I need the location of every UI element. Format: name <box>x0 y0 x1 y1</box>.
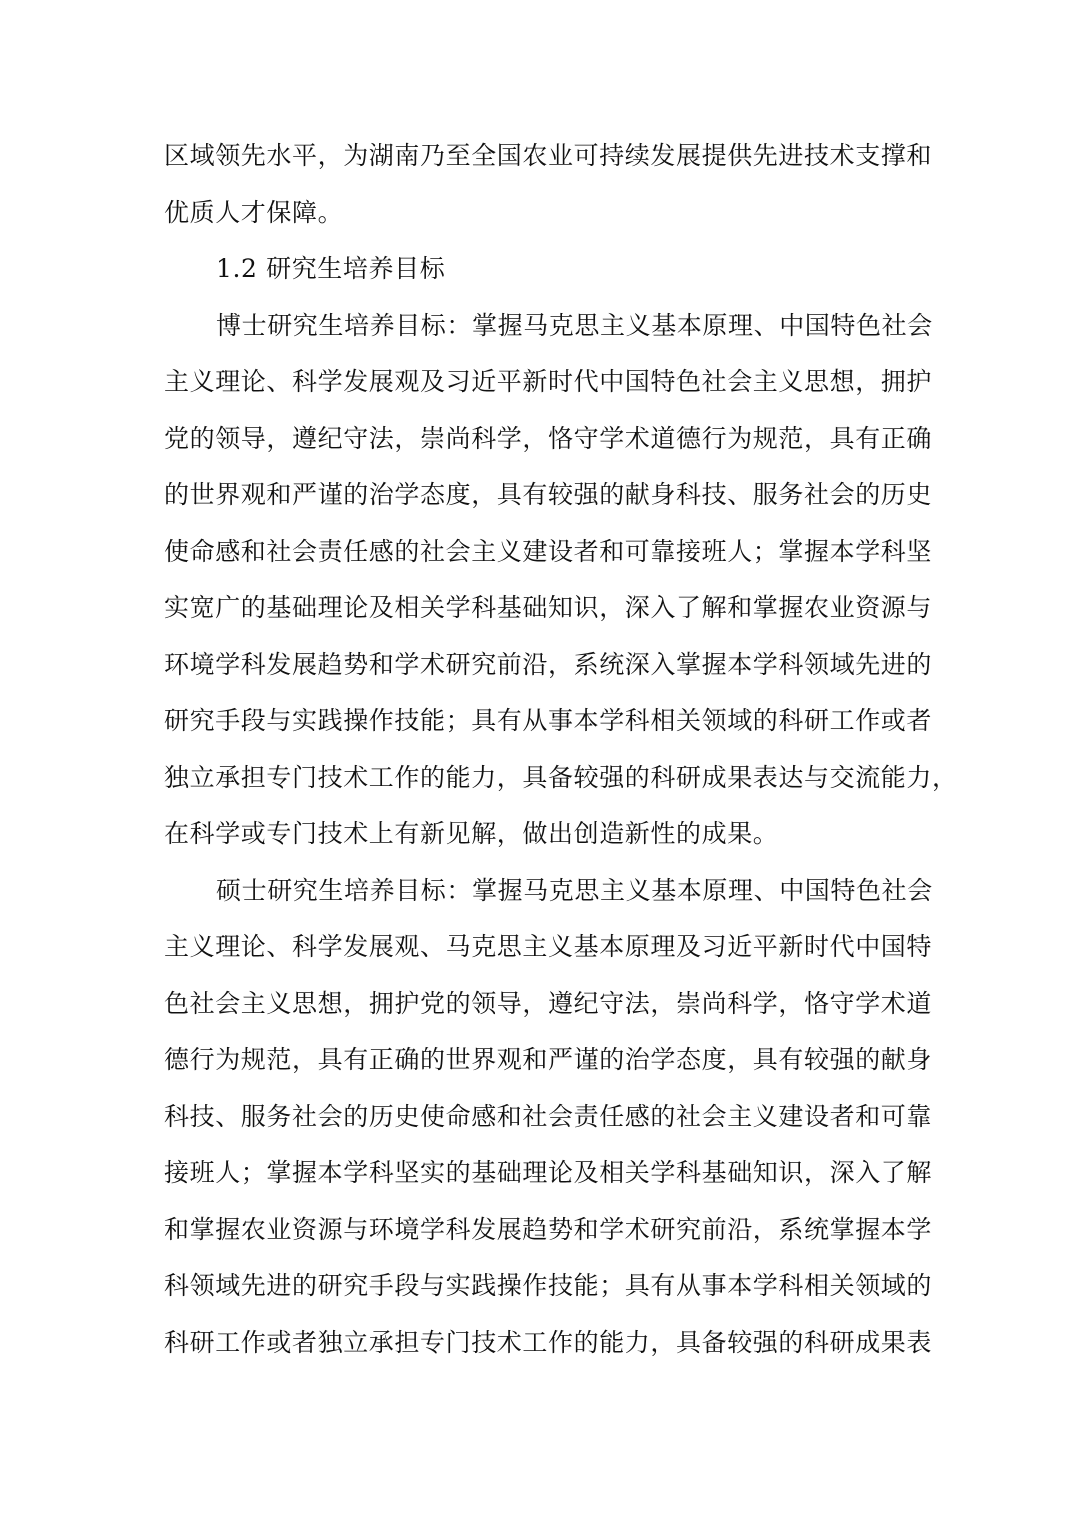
masters-training-goals-paragraph: 硕士研究生培养目标：掌握马克思主义基本原理、中国特色社会 主义理论、科学发展观、… <box>164 863 916 1372</box>
section-heading: 1.2 研究生培养目标 <box>164 241 916 298</box>
text-line: 独立承担专门技术工作的能力，具备较强的科研成果表达与交流能力， <box>164 750 916 807</box>
text-line: 区域领先水平，为湖南乃至全国农业可持续发展提供先进技术支撑和 <box>164 128 916 185</box>
text-line: 优质人才保障。 <box>164 185 916 242</box>
text-line: 和掌握农业资源与环境学科发展趋势和学术研究前沿，系统掌握本学 <box>164 1202 916 1259</box>
text-line: 实宽广的基础理论及相关学科基础知识，深入了解和掌握农业资源与 <box>164 580 916 637</box>
text-line: 硕士研究生培养目标：掌握马克思主义基本原理、中国特色社会 <box>164 863 916 920</box>
text-line: 接班人；掌握本学科坚实的基础理论及相关学科基础知识，深入了解 <box>164 1145 916 1202</box>
text-line: 研究手段与实践操作技能；具有从事本学科相关领域的科研工作或者 <box>164 693 916 750</box>
text-line: 科技、服务社会的历史使命感和社会责任感的社会主义建设者和可靠 <box>164 1089 916 1146</box>
text-line: 使命感和社会责任感的社会主义建设者和可靠接班人；掌握本学科坚 <box>164 524 916 581</box>
text-line: 科研工作或者独立承担专门技术工作的能力，具备较强的科研成果表 <box>164 1315 916 1372</box>
document-page: 区域领先水平，为湖南乃至全国农业可持续发展提供先进技术支撑和 优质人才保障。 1… <box>164 128 916 1371</box>
phd-training-goals-paragraph: 博士研究生培养目标：掌握马克思主义基本原理、中国特色社会 主义理论、科学发展观及… <box>164 298 916 863</box>
intro-paragraph: 区域领先水平，为湖南乃至全国农业可持续发展提供先进技术支撑和 优质人才保障。 <box>164 128 916 241</box>
text-line: 的世界观和严谨的治学态度，具有较强的献身科技、服务社会的历史 <box>164 467 916 524</box>
text-line: 博士研究生培养目标：掌握马克思主义基本原理、中国特色社会 <box>164 298 916 355</box>
text-line: 在科学或专门技术上有新见解，做出创造新性的成果。 <box>164 806 916 863</box>
text-line: 色社会主义思想，拥护党的领导，遵纪守法，崇尚科学，恪守学术道 <box>164 976 916 1033</box>
text-line: 主义理论、科学发展观及习近平新时代中国特色社会主义思想，拥护 <box>164 354 916 411</box>
text-line: 主义理论、科学发展观、马克思主义基本原理及习近平新时代中国特 <box>164 919 916 976</box>
text-line: 党的领导，遵纪守法，崇尚科学，恪守学术道德行为规范，具有正确 <box>164 411 916 468</box>
text-line: 环境学科发展趋势和学术研究前沿，系统深入掌握本学科领域先进的 <box>164 637 916 694</box>
text-line: 德行为规范，具有正确的世界观和严谨的治学态度，具有较强的献身 <box>164 1032 916 1089</box>
text-line: 科领域先进的研究手段与实践操作技能；具有从事本学科相关领域的 <box>164 1258 916 1315</box>
